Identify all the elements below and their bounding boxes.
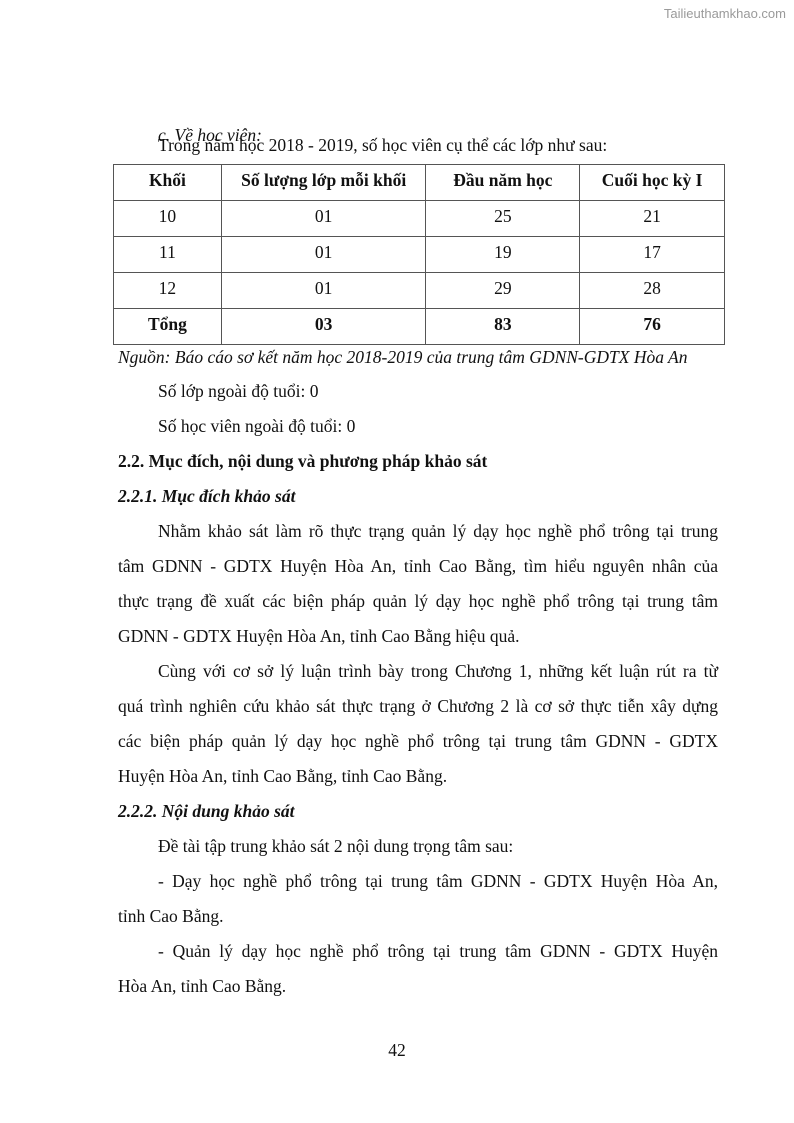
paragraph-purpose-line: Nhằm khảo sát làm rõ thực trạng quản lý … [158,519,718,543]
table-row: 11 01 19 17 [114,237,725,273]
bullet-item-line: - Dạy học nghề phổ trông tại trung tâm G… [158,869,718,893]
section-heading-2-2-2: 2.2.2. Nội dung khảo sát [118,799,295,823]
table-total-row: Tổng 03 83 76 [114,309,725,345]
total-cell: 83 [426,309,580,345]
table-row: 10 01 25 21 [114,201,725,237]
stat-classes: Số lớp ngoài độ tuổi: 0 [158,379,318,403]
paragraph-basis-line: các biện pháp quản lý dạy học nghề phổ t… [118,729,718,753]
table-cell: 28 [580,273,725,309]
table-source: Nguồn: Báo cáo sơ kết năm học 2018-2019 … [118,345,687,369]
paragraph-purpose-line: GDNN - GDTX Huyện Hòa An, tỉnh Cao Bằng … [118,624,519,648]
paragraph-basis-line: Huyện Hòa An, tỉnh Cao Bằng, tỉnh Cao Bằ… [118,764,447,788]
header-cell: Khối [114,165,222,201]
header-cell: Cuối học kỳ I [580,165,725,201]
watermark: Tailieuthamkhao.com [664,6,786,21]
section-heading-2-2-1: 2.2.1. Mục đích khảo sát [118,484,295,508]
table-cell: 25 [426,201,580,237]
bullet-item-line: tỉnh Cao Bằng. [118,904,223,928]
table-cell: 19 [426,237,580,273]
table-cell: 01 [221,237,426,273]
stat-students: Số học viên ngoài độ tuổi: 0 [158,414,355,438]
table-cell: 11 [114,237,222,273]
total-cell: Tổng [114,309,222,345]
paragraph-basis-line: quá trình nghiên cứu khảo sát thực trạng… [118,694,718,718]
table-cell: 01 [221,273,426,309]
bullet-item-line: - Quản lý dạy học nghề phổ trông tại tru… [158,939,718,963]
table-header-row: Khối Số lượng lớp mỗi khối Đầu năm học C… [114,165,725,201]
total-cell: 03 [221,309,426,345]
page-number: 42 [0,1040,794,1061]
table-cell: 10 [114,201,222,237]
table-cell: 29 [426,273,580,309]
table-cell: 21 [580,201,725,237]
table-cell: 01 [221,201,426,237]
header-cell: Số lượng lớp mỗi khối [221,165,426,201]
paragraph-content-intro: Đề tài tập trung khảo sát 2 nội dung trọ… [158,834,513,858]
student-table: Khối Số lượng lớp mỗi khối Đầu năm học C… [113,164,725,345]
section-heading-2-2: 2.2. Mục đích, nội dung và phương pháp k… [118,449,487,473]
header-cell: Đầu năm học [426,165,580,201]
table-row: 12 01 29 28 [114,273,725,309]
total-cell: 76 [580,309,725,345]
table-intro: Trong năm học 2018 - 2019, số học viên c… [158,133,607,157]
paragraph-purpose-line: thực trạng đề xuất các biện pháp quản lý… [118,589,718,613]
table-cell: 17 [580,237,725,273]
paragraph-basis-line: Cùng với cơ sở lý luận trình bày trong C… [158,659,718,683]
paragraph-purpose-line: tâm GDNN - GDTX Huyện Hòa An, tỉnh Cao B… [118,554,718,578]
bullet-item-line: Hòa An, tỉnh Cao Bằng. [118,974,286,998]
table-cell: 12 [114,273,222,309]
